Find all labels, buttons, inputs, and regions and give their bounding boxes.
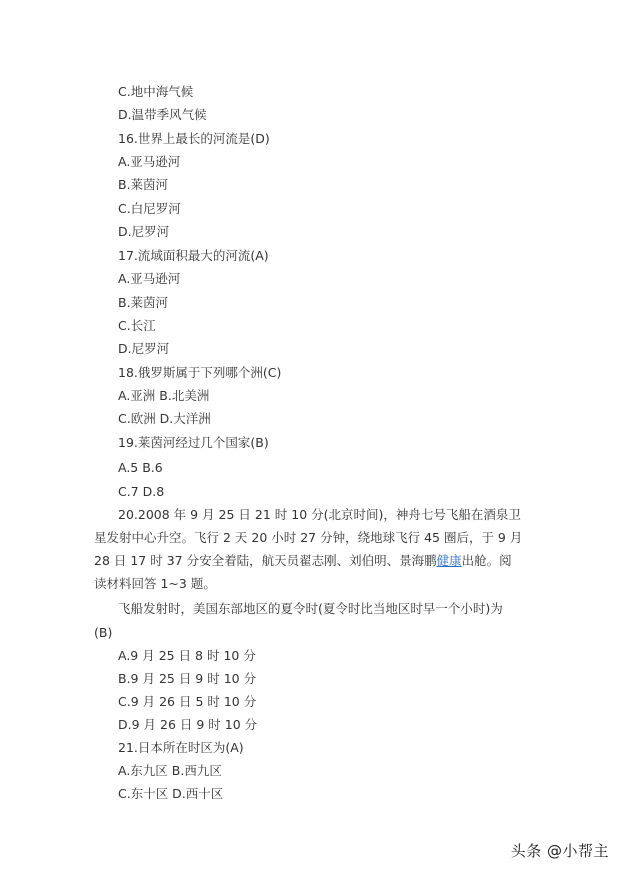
q20-option-a: A.9 月 25 日 8 时 10 分 bbox=[118, 648, 256, 664]
document-page: C.地中海气候 D.温带季风气候 16.世界上最长的河流是(D) A.亚马逊河 … bbox=[0, 0, 621, 877]
q16-option-c: C.白尼罗河 bbox=[118, 201, 181, 217]
q17-option-d: D.尼罗河 bbox=[118, 341, 169, 357]
q19-options-cd: C.7 D.8 bbox=[118, 484, 164, 500]
q16-option-b: B.莱茵河 bbox=[118, 177, 168, 193]
question-20-line-3-tail: 出舱。阅 bbox=[462, 553, 512, 568]
question-20-line-3-text: 28 日 17 时 37 分安全着陆，航天员翟志刚、刘伯明、景海鹏 bbox=[94, 553, 437, 568]
question-21: 21.日本所在时区为(A) bbox=[118, 740, 244, 756]
question-17: 17.流域面积最大的河流(A) bbox=[118, 248, 269, 264]
health-link[interactable]: 健康 bbox=[437, 553, 462, 568]
q18-options-cd: C.欧洲 D.大洋洲 bbox=[118, 411, 211, 427]
q19-options-ab: A.5 B.6 bbox=[118, 460, 163, 476]
q20-option-b: B.9 月 25 日 9 时 10 分 bbox=[118, 671, 256, 687]
question-20-line-1: 20.2008 年 9 月 25 日 21 时 10 分(北京时间)，神舟七号飞… bbox=[118, 507, 521, 523]
q21-options-ab: A.东九区 B.西九区 bbox=[118, 763, 222, 779]
q16-option-d: D.尼罗河 bbox=[118, 224, 169, 240]
question-18: 18.俄罗斯属于下列哪个洲(C) bbox=[118, 365, 281, 381]
q17-option-a: A.亚马逊河 bbox=[118, 271, 180, 287]
question-20-line-2: 星发射中心升空。飞行 2 天 20 小时 27 分钟，绕地球飞行 45 圈后，于… bbox=[94, 530, 522, 546]
question-16: 16.世界上最长的河流是(D) bbox=[118, 131, 270, 147]
q16-option-a: A.亚马逊河 bbox=[118, 154, 180, 170]
sub-question-line-2: (B) bbox=[94, 625, 112, 641]
question-19: 19.莱茵河经过几个国家(B) bbox=[118, 435, 269, 451]
watermark: 头条 @小帮主 bbox=[511, 840, 609, 861]
q18-options-ab: A.亚洲 B.北美洲 bbox=[118, 388, 209, 404]
option-c-mediterranean-climate: C.地中海气候 bbox=[118, 84, 193, 100]
q21-options-cd: C.东十区 D.西十区 bbox=[118, 786, 223, 802]
q17-option-b: B.莱茵河 bbox=[118, 295, 168, 311]
sub-question-line-1: 飞船发射时，美国东部地区的夏令时(夏令时比当地区时早一个小时)为 bbox=[118, 601, 503, 617]
question-20-line-3: 28 日 17 时 37 分安全着陆，航天员翟志刚、刘伯明、景海鹏健康出舱。阅 bbox=[94, 553, 512, 569]
q20-option-d: D.9 月 26 日 9 时 10 分 bbox=[118, 717, 257, 733]
q20-option-c: C.9 月 26 日 5 时 10 分 bbox=[118, 694, 256, 710]
q17-option-c: C.长江 bbox=[118, 318, 156, 334]
question-20-line-4: 读材料回答 1~3 题。 bbox=[94, 576, 216, 592]
option-d-monsoon-climate: D.温带季风气候 bbox=[118, 107, 207, 123]
